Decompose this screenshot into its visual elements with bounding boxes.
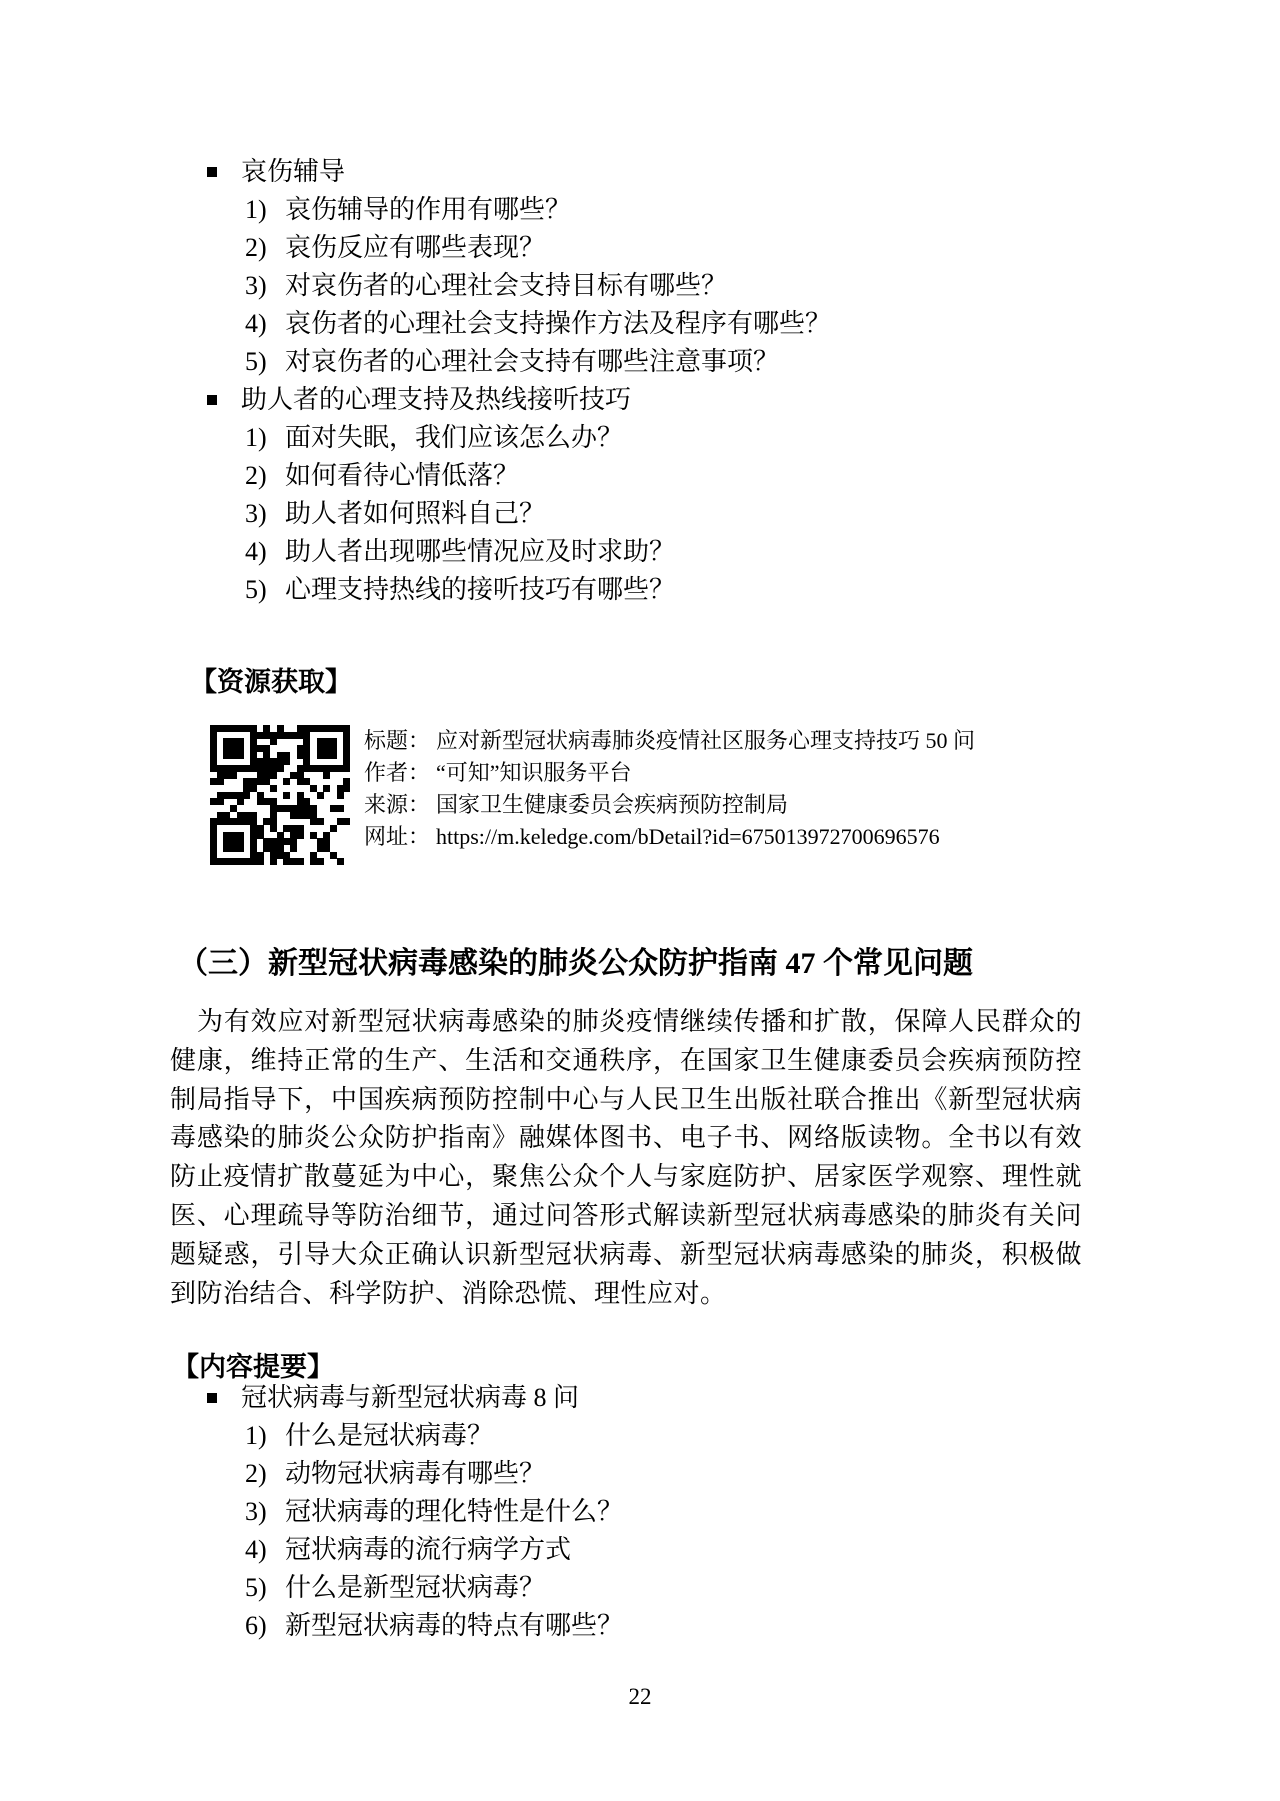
item-number: 1) xyxy=(245,191,285,229)
item-number: 3) xyxy=(245,495,285,533)
resource-field-title: 标题： 应对新型冠状病毒肺炎疫情社区服务心理支持技巧 50 问 xyxy=(364,725,975,757)
list-item: 2) 动物冠状病毒有哪些？ xyxy=(0,1455,1280,1493)
item-text: 对哀伤者的心理社会支持目标有哪些？ xyxy=(285,267,727,305)
resource-fields: 标题： 应对新型冠状病毒肺炎疫情社区服务心理支持技巧 50 问 作者： “可知”… xyxy=(364,725,975,853)
item-text: 新型冠状病毒的特点有哪些？ xyxy=(285,1607,623,1645)
bullet-square-icon xyxy=(207,395,217,405)
item-number: 5) xyxy=(245,1569,285,1607)
list-item: 3) 助人者如何照料自己？ xyxy=(0,495,1280,533)
list-item: 1) 面对失眠，我们应该怎么办？ xyxy=(0,419,1280,457)
item-number: 3) xyxy=(245,1493,285,1531)
item-number: 4) xyxy=(245,533,285,571)
field-value: “可知”知识服务平台 xyxy=(436,757,632,789)
item-number: 2) xyxy=(245,457,285,495)
item-text: 哀伤者的心理社会支持操作方法及程序有哪些？ xyxy=(285,305,831,343)
list-item: 3) 对哀伤者的心理社会支持目标有哪些？ xyxy=(0,267,1280,305)
item-number: 4) xyxy=(245,305,285,343)
item-text: 冠状病毒的流行病学方式 xyxy=(285,1531,571,1569)
list-item: 4) 冠状病毒的流行病学方式 xyxy=(0,1531,1280,1569)
item-text: 面对失眠，我们应该怎么办？ xyxy=(285,419,623,457)
item-number: 6) xyxy=(245,1607,285,1645)
list-item: 3) 冠状病毒的理化特性是什么？ xyxy=(0,1493,1280,1531)
bullet-label: 助人者的心理支持及热线接听技巧 xyxy=(241,381,631,419)
field-value: 应对新型冠状病毒肺炎疫情社区服务心理支持技巧 50 问 xyxy=(436,725,975,757)
item-text: 哀伤反应有哪些表现？ xyxy=(285,229,545,267)
list-item: 5) 对哀伤者的心理社会支持有哪些注意事项？ xyxy=(0,343,1280,381)
bullet-square-icon xyxy=(207,167,217,177)
document-page: 哀伤辅导 1) 哀伤辅导的作用有哪些？ 2) 哀伤反应有哪些表现？ 3) 对哀伤… xyxy=(0,0,1280,1801)
item-number: 2) xyxy=(245,229,285,267)
item-text: 心理支持热线的接听技巧有哪些？ xyxy=(285,571,675,609)
field-value: 国家卫生健康委员会疾病预防控制局 xyxy=(436,789,788,821)
item-number: 5) xyxy=(245,343,285,381)
list-item: 冠状病毒与新型冠状病毒 8 问 xyxy=(0,1379,1280,1417)
page-number: 22 xyxy=(0,1684,1280,1710)
list-item: 1) 哀伤辅导的作用有哪些？ xyxy=(0,191,1280,229)
list-item: 4) 哀伤者的心理社会支持操作方法及程序有哪些？ xyxy=(0,305,1280,343)
item-number: 1) xyxy=(245,1417,285,1455)
item-text: 助人者出现哪些情况应及时求助？ xyxy=(285,533,675,571)
section-heading: （三）新型冠状病毒感染的肺炎公众防护指南 47 个常见问题 xyxy=(178,938,973,982)
list-item: 6) 新型冠状病毒的特点有哪些？ xyxy=(0,1607,1280,1645)
item-text: 对哀伤者的心理社会支持有哪些注意事项？ xyxy=(285,343,779,381)
item-text: 助人者如何照料自己？ xyxy=(285,495,545,533)
item-text: 什么是冠状病毒？ xyxy=(285,1417,493,1455)
list-item: 助人者的心理支持及热线接听技巧 xyxy=(0,381,1280,419)
item-text: 什么是新型冠状病毒？ xyxy=(285,1569,545,1607)
item-text: 哀伤辅导的作用有哪些？ xyxy=(285,191,571,229)
bullet-label: 冠状病毒与新型冠状病毒 8 问 xyxy=(241,1379,579,1417)
list-item: 1) 什么是冠状病毒？ xyxy=(0,1417,1280,1455)
bullet-square-icon xyxy=(207,1393,217,1403)
item-text: 冠状病毒的理化特性是什么？ xyxy=(285,1493,623,1531)
list-item: 5) 心理支持热线的接听技巧有哪些？ xyxy=(0,571,1280,609)
list-item: 2) 如何看待心情低落？ xyxy=(0,457,1280,495)
qr-code xyxy=(210,725,350,865)
field-label: 作者： xyxy=(364,757,430,789)
field-label: 网址： xyxy=(364,821,430,853)
coronavirus-outline: 冠状病毒与新型冠状病毒 8 问 1) 什么是冠状病毒？ 2) 动物冠状病毒有哪些… xyxy=(0,1379,1280,1645)
resource-section-heading: 【资源获取】 xyxy=(190,660,352,699)
resource-url-link[interactable]: https://m.keledge.com/bDetail?id=6750139… xyxy=(436,821,940,853)
list-item: 4) 助人者出现哪些情况应及时求助？ xyxy=(0,533,1280,571)
item-text: 如何看待心情低落？ xyxy=(285,457,519,495)
resource-field-author: 作者： “可知”知识服务平台 xyxy=(364,757,975,789)
resource-field-source: 来源： 国家卫生健康委员会疾病预防控制局 xyxy=(364,789,975,821)
bullet-label: 哀伤辅导 xyxy=(241,153,345,191)
item-number: 1) xyxy=(245,419,285,457)
grief-counseling-outline: 哀伤辅导 1) 哀伤辅导的作用有哪些？ 2) 哀伤反应有哪些表现？ 3) 对哀伤… xyxy=(0,153,1280,609)
item-number: 2) xyxy=(245,1455,285,1493)
item-text: 动物冠状病毒有哪些？ xyxy=(285,1455,545,1493)
field-label: 来源： xyxy=(364,789,430,821)
section-paragraph: 为有效应对新型冠状病毒感染的肺炎疫情继续传播和扩散，保障人民群众的健康，维持正常… xyxy=(170,1003,1082,1313)
resource-field-url: 网址： https://m.keledge.com/bDetail?id=675… xyxy=(364,821,975,853)
item-number: 4) xyxy=(245,1531,285,1569)
item-number: 5) xyxy=(245,571,285,609)
list-item: 哀伤辅导 xyxy=(0,153,1280,191)
item-number: 3) xyxy=(245,267,285,305)
list-item: 5) 什么是新型冠状病毒？ xyxy=(0,1569,1280,1607)
field-label: 标题： xyxy=(364,725,430,757)
list-item: 2) 哀伤反应有哪些表现？ xyxy=(0,229,1280,267)
